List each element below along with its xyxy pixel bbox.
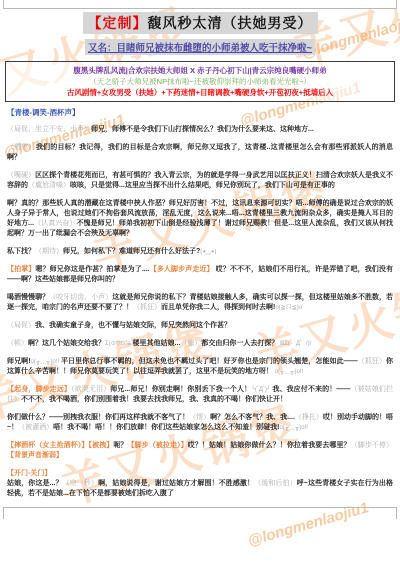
stage-direction: （局促、坐立不安、小声） bbox=[7, 126, 91, 133]
stage-direction: （局促） bbox=[7, 322, 35, 329]
script-paragraph: 【拍掌】嗯？师兄你这是作甚？拍掌是为了....【多人脚步声走近】 哎？不不不，姑… bbox=[7, 265, 393, 285]
dialogue-text: 我、我确实童子身，也不懂与姑娘交际，师兄突然问这个作甚？ bbox=[35, 322, 231, 329]
stage-direction: （期待） bbox=[35, 248, 63, 255]
dialogue-text: 啊？怎么不客气？我、我.... bbox=[210, 414, 295, 421]
subtitle-row: 又名：目睹师兄被抹布雌堕的小师弟被人吃干抹净啦~ bbox=[7, 38, 393, 56]
emoticon: o(≧口≦)o bbox=[275, 305, 302, 311]
script-paragraph: （嘴硬）区区探个青楼花苑而已，有甚可惧的？我入青云宗，为的就是学得一身武艺用以匡… bbox=[7, 171, 393, 191]
dialogue-text: 而且单凭你我二人，得探到何时去啊! bbox=[161, 304, 275, 311]
previous-box-bottom-border bbox=[3, 0, 397, 9]
stage-direction: （缓和后怕） bbox=[254, 480, 297, 487]
dialogue-text: 平日里你总行事不羁的，但这未免也不羁过头了吧！好歹你也是宗门的领头翘楚，怎能如此… bbox=[61, 358, 358, 365]
title-tag: 【定制】 bbox=[88, 15, 148, 31]
sound-effect-tag: 【多人脚步声走近】 bbox=[150, 266, 214, 273]
note-line: （天之骄子大师兄被NP抹布啦~还被敬仰崇拜的小师弟看光光啦~） bbox=[12, 76, 388, 87]
script-paragraph: （顿）啊？这几个姑娘交给我？Σ(⊙▽⊙"a 楼里其他姑娘...（惊）都交由归你一… bbox=[7, 339, 393, 349]
script-paragraph: 【摔酒杯（女主抢酒杯）】【被拽】呃？【脚步（被拉走）】哎？！姑娘！姑娘你做什么？… bbox=[7, 441, 393, 461]
dialogue-text: 师兄...师兄！你别走啊！你别丢下我一个人！ bbox=[110, 386, 251, 393]
document-page: 羊又火锅煲 羊又火锅煲 @longmenlaojiu1 @longmenlaoj… bbox=[0, 0, 400, 564]
scene-header: 【青楼-调笑-酒杯声】 bbox=[7, 107, 393, 118]
stage-direction: （顿） bbox=[7, 340, 28, 347]
script-paragraph: 喝酒慢慢聊？（咬牙切齿、小声）这就是师兄你说的私下？青楼姑娘接触人多，确实可以探… bbox=[7, 293, 393, 313]
page-subtitle: 又名：目睹师兄被抹布雌堕的小师弟被人吃干抹净啦~ bbox=[85, 39, 315, 55]
sound-effect-tag: 【被拽】 bbox=[88, 442, 113, 449]
dialogue-text: 师兄，师傅不是令我们下山打探情况么？我们为什么要来这、这种地方... bbox=[91, 126, 314, 133]
stage-direction: （惊） bbox=[180, 340, 201, 347]
dialogue-text: 呃？ bbox=[113, 442, 127, 449]
sound-effect-tag: 【脚步（被拉走）】 bbox=[127, 442, 187, 449]
sound-effect-tag: 【起身，脚步走远】 bbox=[7, 386, 71, 393]
stage-direction: （挣扎） bbox=[295, 414, 323, 421]
sound-effect-tag: 【摔酒杯（女主抢酒杯）】 bbox=[7, 442, 88, 449]
page-title: 【定制】馥风秒太清（扶她男受） bbox=[83, 12, 318, 34]
dialogue-text: 私下找？ bbox=[7, 248, 35, 255]
stage-direction: （欲哭无泪） bbox=[71, 386, 110, 393]
stage-direction: （嘴硬） bbox=[7, 172, 35, 179]
dialogue-text: 姑娘，你这是...？ bbox=[7, 480, 63, 487]
dialogue-text: 啊？这几个姑娘交给我？ bbox=[28, 340, 105, 347]
title-row: 【定制】馥风秒太清（扶她男受） bbox=[7, 12, 393, 34]
dialogue-text: 不不不，我不喝酒，你们别围着我！我要去找我师兄，我、我真的不喝！你们快让开！ bbox=[21, 396, 287, 403]
stage-direction: （尴尬清嗓） bbox=[28, 182, 70, 189]
stage-direction: （愣） bbox=[189, 414, 210, 421]
script-paragraph: 你们做什么？——别拽我衣服！你们再这样我就不客气了！（愣）啊？怎么不客气？我、我… bbox=[7, 413, 393, 433]
script-paragraph: 【开门-关门】姑娘，你这是...？（空一秒）啊，姑娘说得是，谢过姑娘方才解围！不… bbox=[7, 469, 393, 499]
script-body: （局促、坐立不安、小声）师兄，师傅不是令我们下山打探情况么？我们为什么要来这、这… bbox=[7, 125, 393, 499]
emoticon: ⅢΣ(゜Д゜/)/ bbox=[278, 341, 311, 347]
emoticon: ╰(´Д`)╯ bbox=[251, 387, 272, 393]
dialogue-text: 喝酒慢慢聊？ bbox=[7, 294, 49, 301]
sound-effect-tag: 【背景声音渐弱】 bbox=[7, 452, 63, 459]
pairing-info-box: 腹黑头牌乱风流|合欢宗扶她大师姐 X 赤子丹心初下山|青云宗纯良嘴硬小师弟 （天… bbox=[5, 61, 395, 102]
script-paragraph: 【起身，脚步走远】（欲哭无泪）师兄...师兄！你别走啊！你别丢下我一个人！╰(´… bbox=[7, 385, 393, 405]
dialogue-text: 师兄啊! bbox=[7, 358, 31, 365]
stage-direction: （空一秒） bbox=[63, 480, 98, 487]
emoticon: Σ(⊙▽⊙"a bbox=[105, 341, 133, 347]
dialogue-text: 咳咳，只是觉得...这里应当探不出什么结果吧，师兄你别玩了，我们下山可是有正事的 bbox=[70, 182, 335, 189]
sound-effect-tag: 【拍掌】 bbox=[7, 266, 35, 273]
script-paragraph: （局促、坐立不安、小声）师兄，师傅不是令我们下山打探情况么？我们为什么要来这、这… bbox=[7, 125, 393, 135]
dialogue-text: 师兄，如何私下？难道师兄还有什么好法子? bbox=[63, 248, 200, 255]
emoticon: (◕‿◕) bbox=[200, 249, 216, 255]
dialogue-text: 嗯？师兄你这是作甚？拍掌是为了.... bbox=[35, 266, 149, 273]
dialogue-text: 楼里其他姑娘... bbox=[133, 340, 181, 347]
script-paragraph: 啊？真的？那些妖人真的潜藏在这青楼中挟人作恶？师兄好厉害！不过，这讯息来源可切实… bbox=[7, 199, 393, 239]
dialogue-text: 你们做什么？——别拽我衣服！你们再这样我就不客气了！ bbox=[7, 414, 189, 421]
dialogue-text: 都交由归你一人去打探？ bbox=[201, 340, 278, 347]
dialogue-text: 我们的目标？我记得，我们的目标是合欢宗啊，师兄你又逗我了，这青楼..这青楼里怎么… bbox=[7, 144, 393, 161]
stage-direction: （脚步不停） bbox=[351, 442, 393, 449]
script-paragraph: 师兄啊!o(╥﹏╥)o!! 平日里你总行事不羁的，但这未免也不羁过头了吧！好歹你… bbox=[7, 357, 393, 377]
script-paragraph: 私下找？（期待）师兄，如何私下？难道师兄还有什么好法子?(◕‿◕) bbox=[7, 247, 393, 257]
stage-direction: （咬牙切齿、小声） bbox=[49, 294, 112, 301]
dialogue-text: 哎？！姑娘！姑娘你做什么？！你拉着我要去哪里？ bbox=[188, 442, 351, 449]
stage-direction: （抓狂） bbox=[358, 358, 386, 365]
dialogue-text: 唔！我不喝！唔！！你们放肆！你们这些姑娘家怎么这么不知羞！别碰我! bbox=[53, 424, 279, 431]
script-paragraph: （局促）我、我确实童子身，也不懂与姑娘交际，师兄突然问这个作甚？ bbox=[7, 321, 393, 331]
stage-direction: （认真兴奋） bbox=[34, 220, 76, 227]
document-content: 【定制】馥风秒太清（扶她男受） 又名：目睹师兄被抹布雌堕的小师弟被人吃干抹净啦~… bbox=[0, 0, 400, 519]
title-text: 馥风秒太清（扶她男受） bbox=[148, 15, 313, 31]
dialogue-text: 啊，姑娘说得是，谢过姑娘方才解围！不胜感激！ bbox=[98, 480, 254, 487]
emoticon: o(╥﹏╥)o!! bbox=[31, 359, 61, 365]
script-paragraph: （憨憨）我们的目标？我记得，我们的目标是合欢宗啊，师兄你又逗我了，这青楼..这青… bbox=[7, 143, 393, 163]
emoticon: o(╥﹏╥)o!! bbox=[273, 369, 303, 375]
stage-direction: （憨憨） bbox=[7, 144, 36, 151]
stage-direction: （抓狂） bbox=[133, 304, 161, 311]
sound-effect-tag: 【开门-关门】 bbox=[7, 470, 51, 477]
stage-direction: （被灌酒） bbox=[18, 424, 53, 431]
dialogue-text: 我、我应付不来的！—— bbox=[272, 386, 350, 393]
emoticon: o(╥﹏╥)o!! bbox=[279, 425, 308, 431]
tags-line: 古风剧情+女攻男受（扶她）+下药迷情+目睹调教+嘴硬身软+开苞初夜+抵墙后入 bbox=[12, 87, 388, 98]
next-box-top-border bbox=[3, 507, 397, 519]
pairing-line: 腹黑头牌乱风流|合欢宗扶她大师姐 X 赤子丹心初下山|青云宗纯良嘴硬小师弟 bbox=[12, 65, 388, 76]
